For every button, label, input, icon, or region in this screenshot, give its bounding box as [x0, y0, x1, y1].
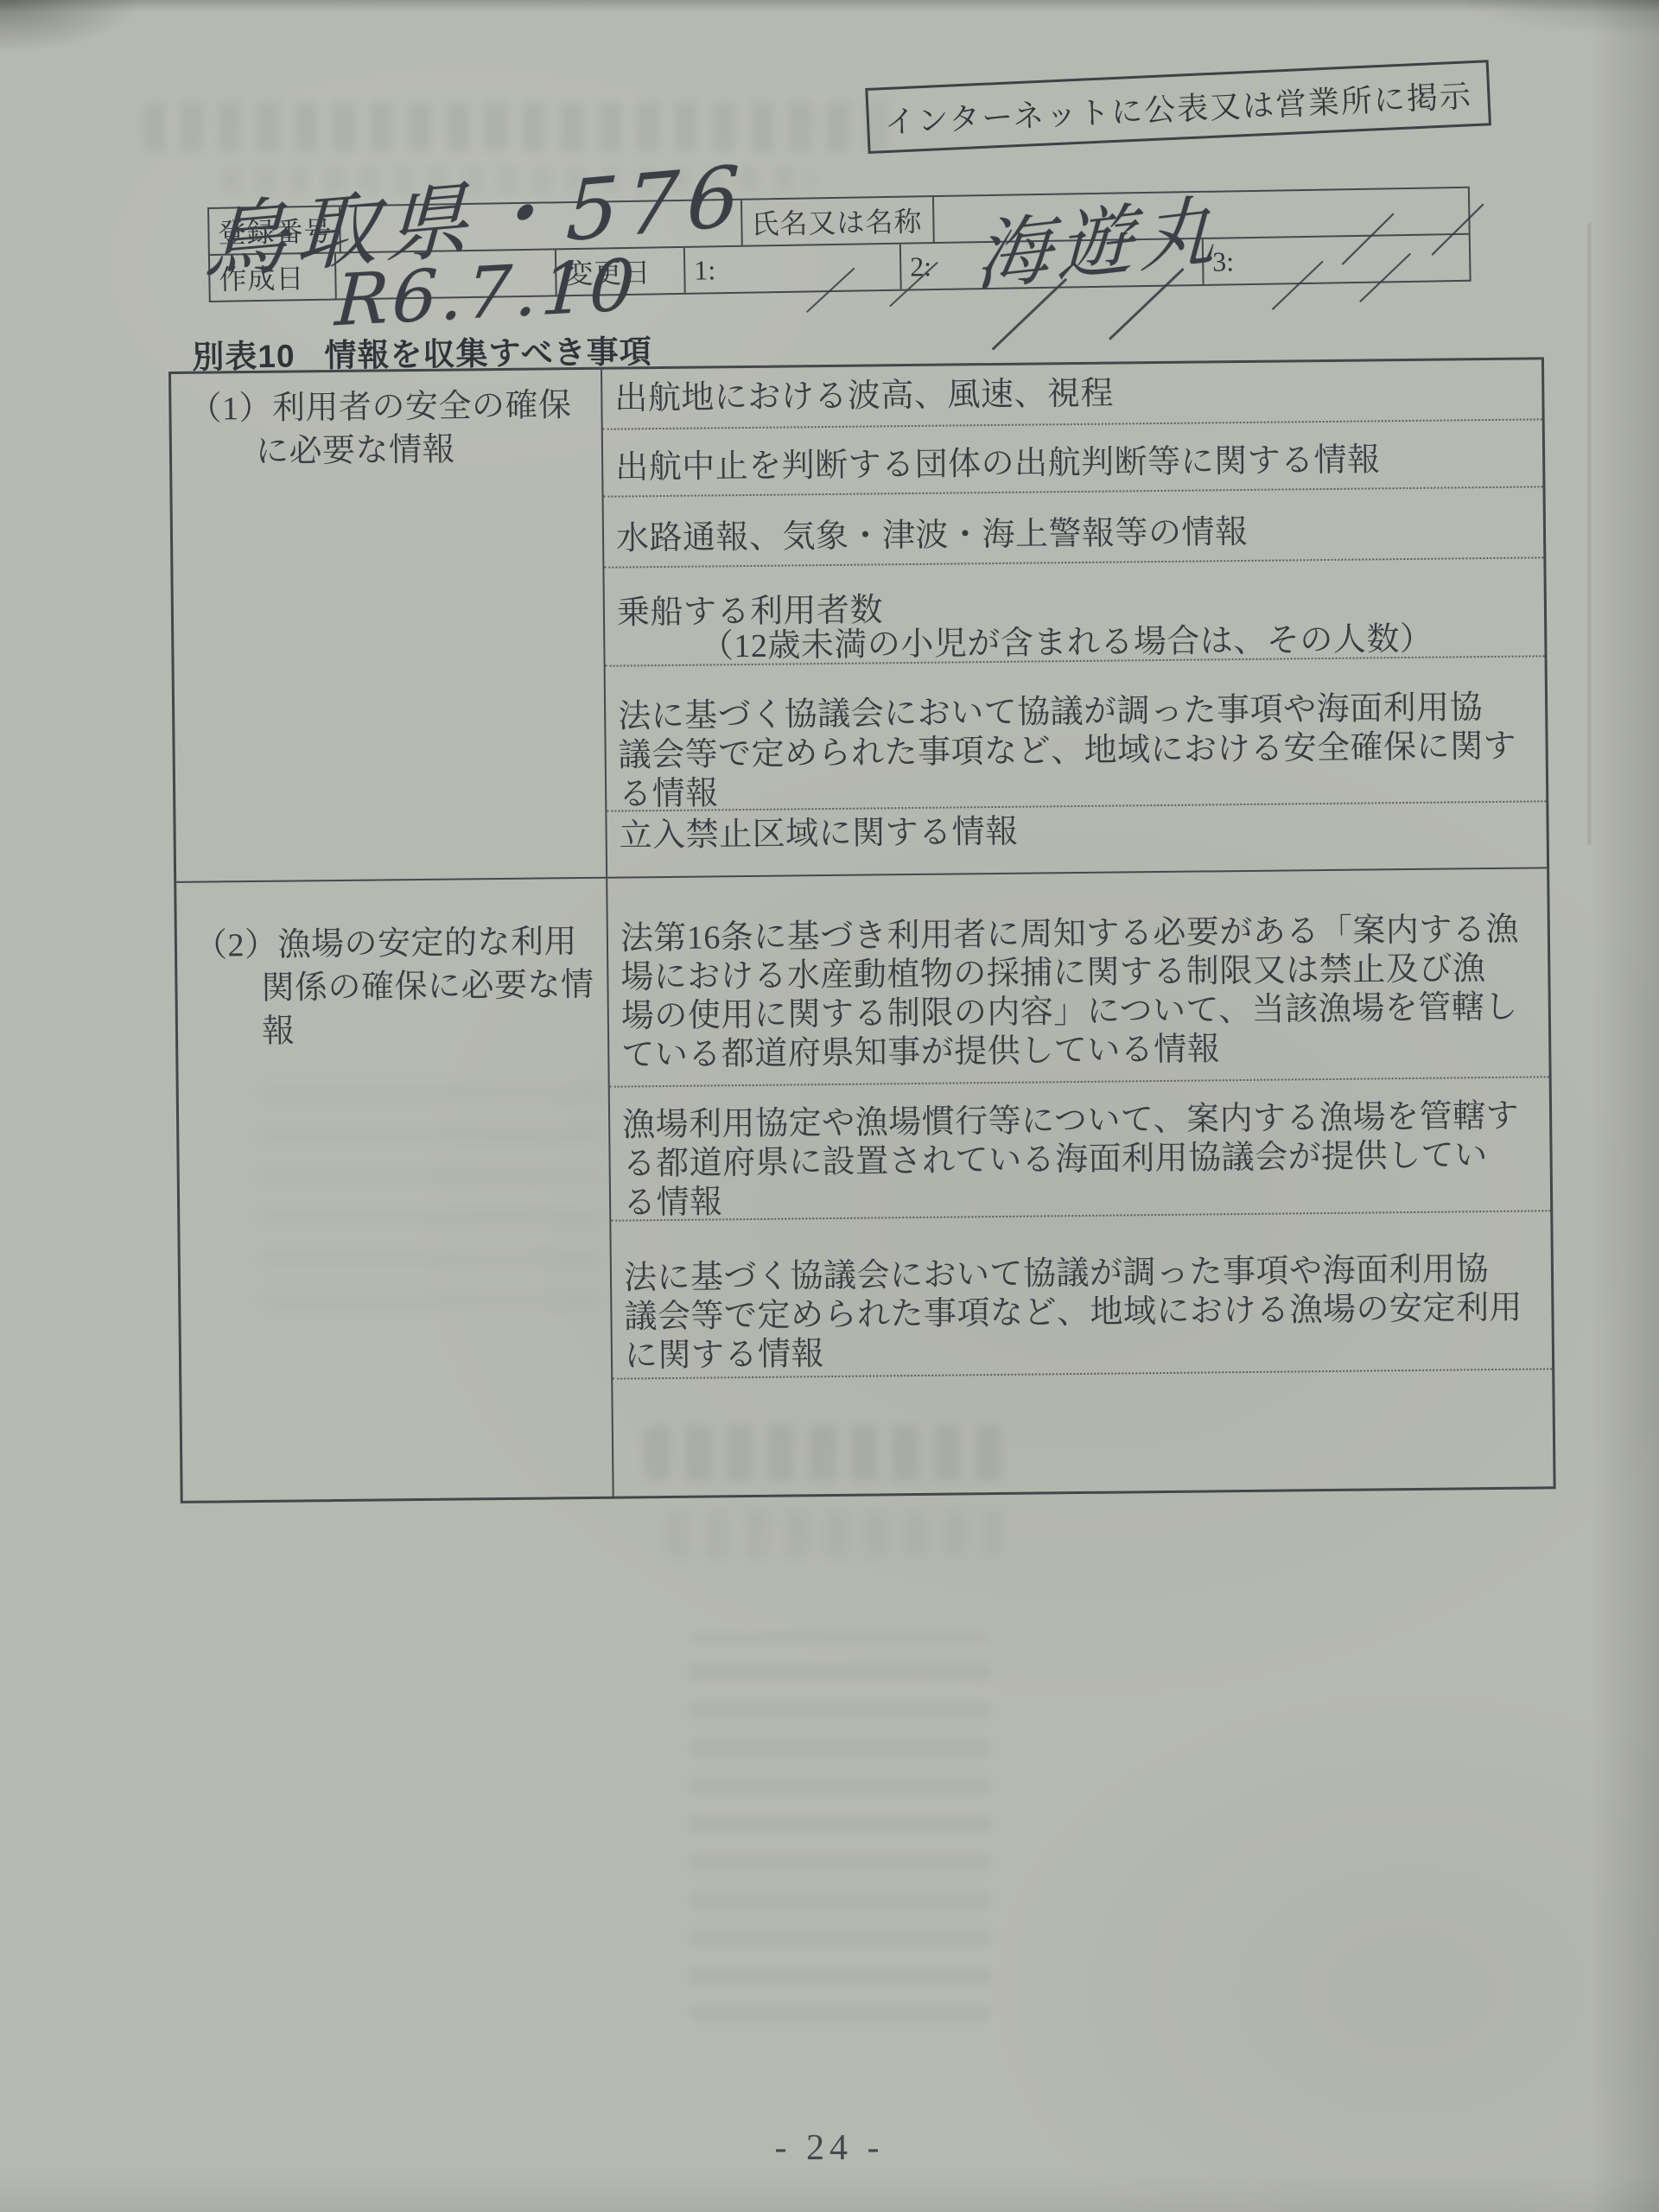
table-row: 水路通報、気象・津波・海上警報等の情報: [604, 487, 1544, 568]
category-cell: （2）漁場の安定的な利用 関係の確保に必要な情 報: [176, 879, 613, 1503]
publication-notice-text: インターネットに公表又は営業所に掲示: [883, 72, 1472, 143]
change-date-label: 変更日: [556, 248, 686, 295]
registration-form: 登録番号 氏名又は名称 作成日 変更日 1: 2: 3:: [207, 187, 1471, 302]
info-items-table: （1）利用者の安全の確保 に必要な情報 出航地における波高、風速、視程 出航中止…: [168, 357, 1556, 1503]
empty-cell: [613, 1370, 1553, 1497]
table-section-user-safety: （1）利用者の安全の確保 に必要な情報 出航地における波高、風速、視程 出航中止…: [171, 359, 1547, 881]
table-row: 出航地における波高、風速、視程: [602, 359, 1542, 429]
photo-corner-shadow: [1469, 0, 1659, 35]
change-slot-1: 1:: [685, 245, 902, 293]
table-row: 乗船する利用者数 （12歳未満の小児が含まれる場合は、その人数）: [604, 558, 1544, 666]
name-label: 氏名又は名称: [742, 197, 935, 245]
change-slot-2: 2:: [901, 239, 1205, 289]
items-column: 法第16条に基づき利用者に周知する必要がある「案内する漁 場における水産動植物の…: [607, 868, 1553, 1497]
table-row: 出航中止を判断する団体の出航判断等に関する情報: [603, 420, 1543, 497]
bleedthrough-smudge: [220, 166, 817, 194]
table-section-fishing-ground: （2）漁場の安定的な利用 関係の確保に必要な情 報 法第16条に基づき利用者に周…: [176, 867, 1553, 1503]
table-row: 立入禁止区域に関する情報: [607, 802, 1547, 876]
photo-corner-shadow: [0, 0, 138, 52]
registration-number-label: 登録番号: [209, 207, 341, 254]
photo-edge-shadow: [1590, 0, 1659, 2212]
bleedthrough-smudge: [691, 1633, 989, 2022]
publication-notice-banner: インターネットに公表又は営業所に掲示: [865, 60, 1491, 154]
table-row: 法に基づく協議会において協議が調った事項や海面利用協 議会等で定められた事項など…: [611, 1211, 1552, 1379]
name-field: [934, 188, 1469, 242]
creation-date-field: [336, 250, 557, 298]
bleedthrough-line: [1588, 223, 1591, 845]
photo-edge-shadow: [0, 0, 1659, 12]
bleedthrough-smudge: [665, 1510, 1002, 1559]
items-column: 出航地における波高、風速、視程 出航中止を判断する団体の出航判断等に関する情報 …: [602, 359, 1547, 876]
creation-date-label: 作成日: [210, 254, 337, 301]
bleedthrough-smudge: [143, 102, 894, 152]
scanned-document-page: インターネットに公表又は営業所に掲示 登録番号 氏名又は名称 作成日 変更日 1…: [0, 0, 1659, 2212]
photo-edge-shadow: [0, 2172, 1659, 2212]
category-cell: （1）利用者の安全の確保 に必要な情報: [171, 370, 607, 881]
registration-number-field: [340, 200, 743, 252]
table-row: 法第16条に基づき利用者に周知する必要がある「案内する漁 場における水産動植物の…: [607, 868, 1548, 1087]
page-number: - 24 -: [0, 2127, 1659, 2169]
change-slot-3: 3:: [1204, 235, 1470, 284]
table-title-prefix: 別表10: [192, 339, 296, 375]
table-row: 漁場利用協定や漁場慣行等について、案内する漁場を管轄す る都道府県に設置されてい…: [610, 1077, 1551, 1221]
table-row: 法に基づく協議会において協議が調った事項や海面利用協 議会等で定められた事項など…: [606, 657, 1547, 811]
